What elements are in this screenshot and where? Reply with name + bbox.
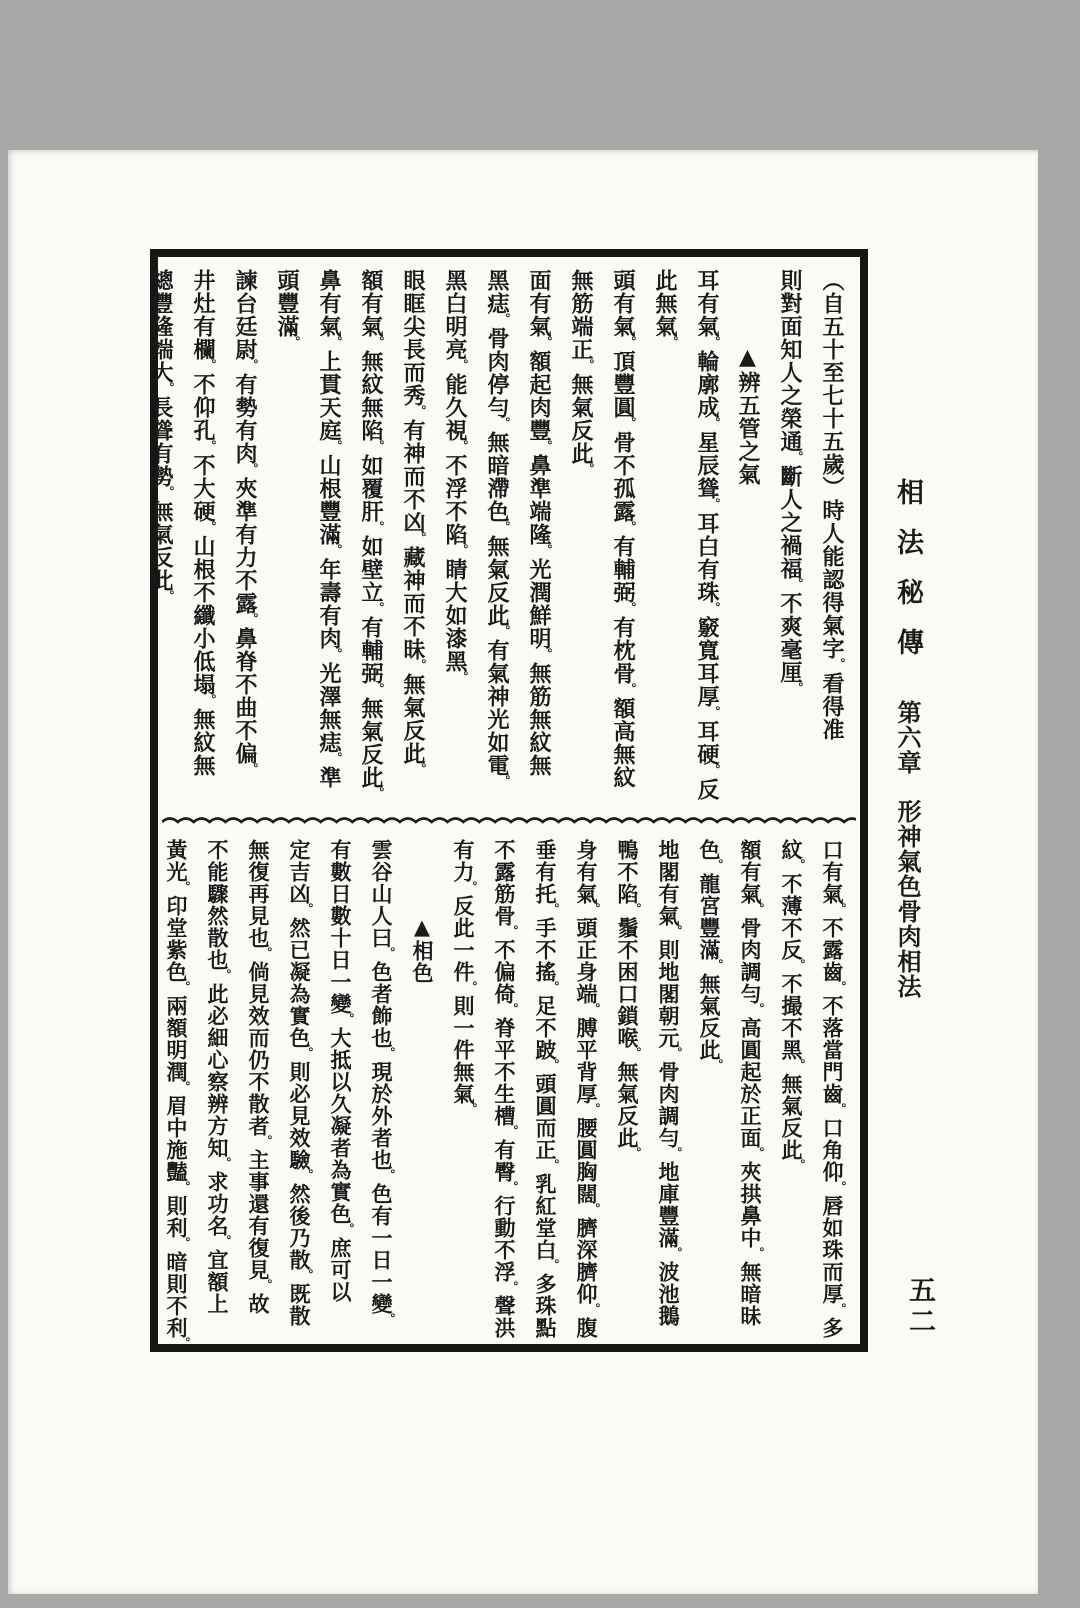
paper-sheet: （自五十至七十五歲）時人能認得氣字。看得准 則對面知人之榮通。斷人之禍福。不爽毫… [8,150,1038,1594]
reading-circle: 。 [792,859,806,871]
reading-circle: 。 [505,1181,519,1193]
reading-circle: 。 [300,1169,314,1181]
reading-circle: 。 [218,969,232,981]
reading-circle: 。 [623,602,637,614]
reading-circle: 。 [587,1203,601,1215]
reading-circle: 。 [539,544,553,556]
reading-circle: 。 [371,521,385,533]
text-column: 無筋端正。無氣反此。 [559,269,601,817]
text-column: 黑白明亮。能久視。不浮不陷。睛大如漆黑。 [433,269,475,817]
reading-circle: 。 [832,658,846,670]
text-column: 額有氣。骨肉調勻。高圓起於正面。夾拱鼻中。無暗昧 [729,839,770,1341]
text-column: 色。龍宮豐滿。無氣反此。 [688,839,729,1341]
reading-circle: 。 [497,775,511,787]
text-column: 不能驟然散也。此必細心察辨方知。求功名。宜額上 [196,839,237,1341]
reading-circle: 。 [623,683,637,695]
text-column: 地閣有氣。則地閣朝元。骨肉調勻。地庫豐滿。波池鵝 [647,839,688,1341]
text-column: 身有氣。頭正身端。膊平背厚。腰圓胸闊。臍深臍仰。腹 [565,839,606,1341]
reading-circle: 。 [628,1047,642,1059]
reading-circle: 。 [581,359,595,371]
reading-circle: 。 [329,336,343,348]
reading-circle: 。 [587,1103,601,1115]
reading-circle: 。 [413,763,427,775]
reading-circle: 。 [623,336,637,348]
reading-circle: 。 [792,959,806,971]
reading-circle: 。 [203,694,217,706]
text-column: 不露筋骨。不偏倚。脊平不生槽。有臀。行動不浮。聲洪 [483,839,524,1341]
reading-circle: 。 [792,1159,806,1171]
reading-circle: 。 [245,613,259,625]
reading-circle: 。 [669,1147,683,1159]
reading-circle: 。 [833,1181,847,1193]
reading-circle: 。 [218,1235,232,1247]
reading-circle: 。 [539,648,553,660]
text-column: 面有氣。額起肉豐。鼻準端隆。光潤鮮明。無筋無紋無 [517,269,559,817]
reading-circle: 。 [505,1125,519,1137]
reading-circle: 。 [707,602,721,614]
reading-circle: 。 [413,532,427,544]
reading-circle: 。 [587,1303,601,1315]
reading-circle: 。 [833,903,847,915]
text-column: 頭豐滿。 [265,269,307,817]
reading-circle: 。 [341,1013,355,1025]
reading-circle: 。 [464,881,478,893]
text-column: 耳有氣。輪廓成。星辰聳。耳白有珠。竅寬耳厚。耳硬。反 [685,269,727,817]
text-column: 無復再見也。倘見效而仍不散者。主事還有復見。故 [237,839,278,1341]
reading-circle: 。 [505,925,519,937]
top-section: （自五十至七十五歲）時人能認得氣字。看得准 則對面知人之榮通。斷人之禍福。不爽毫… [166,269,852,817]
reading-circle: 。 [587,1003,601,1015]
text-column: 此無氣。 [643,269,685,817]
reading-circle: 。 [455,544,469,556]
reading-circle: 。 [833,1103,847,1115]
reading-circle: 。 [259,1279,273,1291]
reading-circle: 。 [161,382,175,394]
reading-circle: 。 [751,1247,765,1259]
reading-circle: 。 [790,682,804,694]
reading-circle: 。 [259,1135,273,1147]
reading-circle: 。 [371,336,385,348]
reading-circle: 。 [382,1169,396,1181]
reading-circle: 。 [341,1223,355,1235]
reading-circle: 。 [707,498,721,510]
reading-circle: 。 [707,764,721,776]
reading-circle: 。 [665,336,679,348]
reading-circle: 。 [710,1059,724,1071]
reading-circle: 。 [546,981,560,993]
reading-circle: 。 [628,903,642,915]
reading-circle: 。 [218,1157,232,1169]
reading-circle: 。 [751,1147,765,1159]
page-number: 五二 [900,1276,939,1338]
reading-circle: 。 [177,981,191,993]
reading-circle: 。 [497,313,511,325]
section-heading-observing-color: ▲相色 [401,839,442,1341]
reading-circle: 。 [790,578,804,590]
reading-circle: 。 [329,440,343,452]
reading-circle: 。 [177,1181,191,1193]
reading-circle: 。 [505,1003,519,1015]
reading-circle: 。 [539,336,553,348]
book-title: 相法秘傳 [892,478,923,678]
text-column: 諫台廷尉。有勢有肉。夾準有力不露。鼻脊不曲不偏。 [223,269,265,817]
reading-circle: 。 [161,486,175,498]
reading-circle: 。 [161,590,175,602]
reading-circle: 。 [371,787,385,799]
reading-circle: 。 [371,440,385,452]
reading-circle: 。 [455,359,469,371]
reading-circle: 。 [546,903,560,915]
reading-circle: 。 [287,336,301,348]
reading-circle: 。 [546,1159,560,1171]
section-heading-five-organs: ▲辨五管之氣 [727,269,768,817]
text-column: 眼眶尖長而秀。有神而不凶。藏神而不昧。無氣反此。 [391,269,433,817]
reading-circle: 。 [833,981,847,993]
reading-circle: 。 [833,1303,847,1315]
reading-circle: 。 [710,959,724,971]
reading-circle: 。 [245,359,259,371]
reading-circle: 。 [455,671,469,683]
reading-circle: 。 [707,417,721,429]
reading-circle: 。 [710,859,724,871]
reading-circle: 。 [546,1059,560,1071]
reading-circle: 。 [792,1059,806,1071]
reading-circle: 。 [300,1269,314,1281]
reading-circle: 。 [177,1081,191,1093]
reading-circle: 。 [203,359,217,371]
reading-circle: 。 [177,1237,191,1249]
text-column: 額有氣。無紋無陷。如覆肝。如壁立。有輔弼。無氣反此。 [349,269,391,817]
reading-circle: 。 [329,648,343,660]
reading-circle: 。 [382,1047,396,1059]
reading-circle: 。 [329,544,343,556]
reading-circle: 。 [669,925,683,937]
reading-circle: 。 [623,521,637,533]
scanned-book-page: { "colors":{"background":"#a8a8a8","pape… [0,0,1080,1608]
reading-circle: 。 [464,1103,478,1115]
text-column: 雲谷山人曰。色者飾也。現於外者也。色有一日一變。 [360,839,401,1341]
reading-circle: 。 [382,1313,396,1325]
reading-circle: 。 [177,881,191,893]
reading-circle: 。 [413,405,427,417]
reading-circle: 。 [587,903,601,915]
reading-circle: 。 [707,706,721,718]
reading-circle: 。 [464,981,478,993]
text-column: 井灶有欄。不仰孔。不大硬。山根不纖小低塌。無紋無 [181,269,223,817]
wavy-divider [162,813,856,829]
text-column: 垂有托。手不搖。足不跛。頭圓而正。乳紅堂白。多珠點 [524,839,565,1341]
chapter-label: 第六章 [893,700,921,775]
margin-title: 相法秘傳第六章形神氣色骨肉相法 [888,478,927,999]
reading-circle: 。 [751,903,765,915]
reading-circle: 。 [669,1047,683,1059]
reading-circle: 。 [245,763,259,775]
reading-circle: 。 [539,440,553,452]
reading-circle: 。 [382,947,396,959]
chapter-title: 形神氣色骨肉相法 [893,799,921,999]
text-column: 口有氣。不露齒。不落當門齒。口角仰。唇如珠而厚。多 [811,839,852,1341]
text-column: 有力。反此一件。則一件無氣。 [442,839,483,1341]
reading-circle: 。 [790,451,804,463]
reading-circle: 。 [371,602,385,614]
reading-circle: 。 [371,683,385,695]
reading-circle: 。 [300,1047,314,1059]
reading-circle: 。 [455,440,469,452]
reading-circle: 。 [259,947,273,959]
reading-circle: 。 [300,903,314,915]
text-column: 則對面知人之榮通。斷人之禍福。不爽毫厘。 [768,269,810,817]
text-column: 鼻有氣。上貫天庭。山根豐滿。年壽有肉。光澤無痣。準 [307,269,349,817]
reading-circle: 。 [203,521,217,533]
text-column: 黑痣。骨肉停勻。無暗滯色。無氣反此。有氣神光如電。 [475,269,517,817]
text-column: （自五十至七十五歲）時人能認得氣字。看得准 [810,269,852,817]
reading-circle: 。 [751,1003,765,1015]
reading-circle: 。 [497,417,511,429]
text-column: 定吉凶。然已凝為實色。則必見效驗。然後乃散。既散 [278,839,319,1341]
page-frame: （自五十至七十五歲）時人能認得氣字。看得准 則對面知人之榮通。斷人之禍福。不爽毫… [150,249,868,1352]
text-column: 紋。不薄不反。不撮不黑。無氣反此。 [770,839,811,1341]
reading-circle: 。 [669,1247,683,1259]
text-column: 頭有氣。頂豐圓。骨不孤露。有輔弼。有枕骨。額高無紋 [601,269,643,817]
reading-circle: 。 [245,463,259,475]
reading-circle: 。 [329,752,343,764]
reading-circle: 。 [497,625,511,637]
text-column: 有數日數十日一變。大抵以久凝者為實色。庶可以 [319,839,360,1341]
reading-circle: 。 [177,1337,191,1349]
reading-circle: 。 [413,659,427,671]
reading-circle: 。 [623,417,637,429]
reading-circle: 。 [505,1281,519,1293]
text-column: 黃光。印堂紫色。兩額明潤。眉中施豔。則利。暗則不利。 [155,839,196,1341]
reading-circle: 。 [581,463,595,475]
reading-circle: 。 [497,521,511,533]
bottom-section: 口有氣。不露齒。不落當門齒。口角仰。唇如珠而厚。多 紋。不薄不反。不撮不黑。無氣… [166,839,852,1341]
reading-circle: 。 [546,1259,560,1271]
reading-circle: 。 [203,440,217,452]
text-column: 鴨不陷。鬚不困口鎖喉。無氣反此。 [606,839,647,1341]
reading-circle: 。 [707,336,721,348]
text-column: 總豐隆端大。長聳有勢。無氣反此。 [139,269,181,817]
reading-circle: 。 [628,1147,642,1159]
